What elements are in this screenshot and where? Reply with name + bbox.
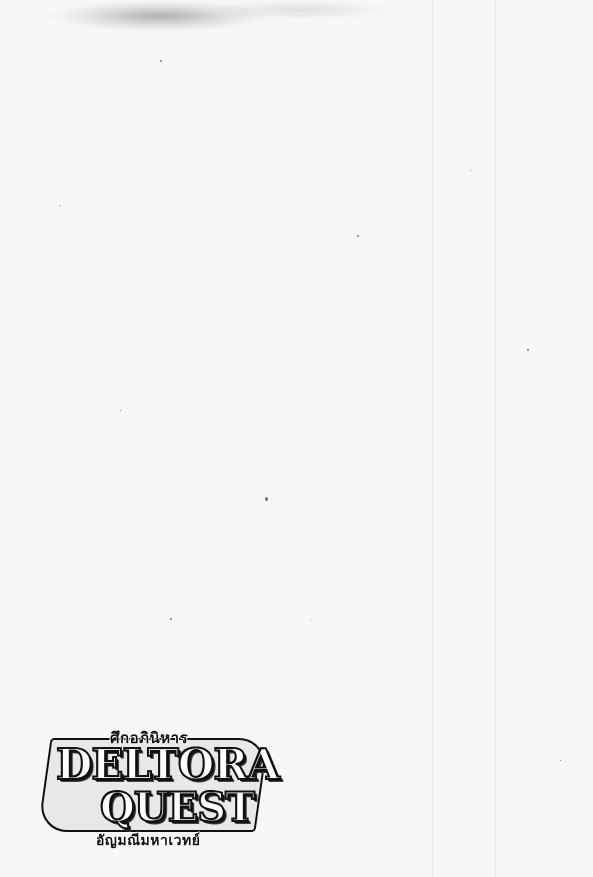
- speck: [560, 760, 561, 761]
- speck: [170, 618, 172, 620]
- speck: [470, 170, 471, 171]
- scanned-page: ศึกอภินิหาร DELTORA QUEST อัญมณีมหาเวทย์: [0, 0, 593, 877]
- logo-thai-title-bottom: อัญมณีมหาเวทย์: [96, 830, 200, 852]
- scan-line: [495, 0, 496, 877]
- speck: [310, 620, 311, 621]
- speck: [160, 60, 162, 62]
- speck: [265, 497, 268, 501]
- speck: [60, 205, 61, 206]
- deltora-quest-logo: ศึกอภินิหาร DELTORA QUEST อัญมณีมหาเวทย์: [44, 726, 260, 856]
- logo-title-deltora: DELTORA: [56, 740, 279, 789]
- speck: [357, 235, 359, 237]
- speck: [120, 410, 121, 411]
- logo-title-quest: QUEST: [100, 784, 254, 831]
- scan-line: [432, 0, 433, 877]
- speck: [527, 349, 529, 351]
